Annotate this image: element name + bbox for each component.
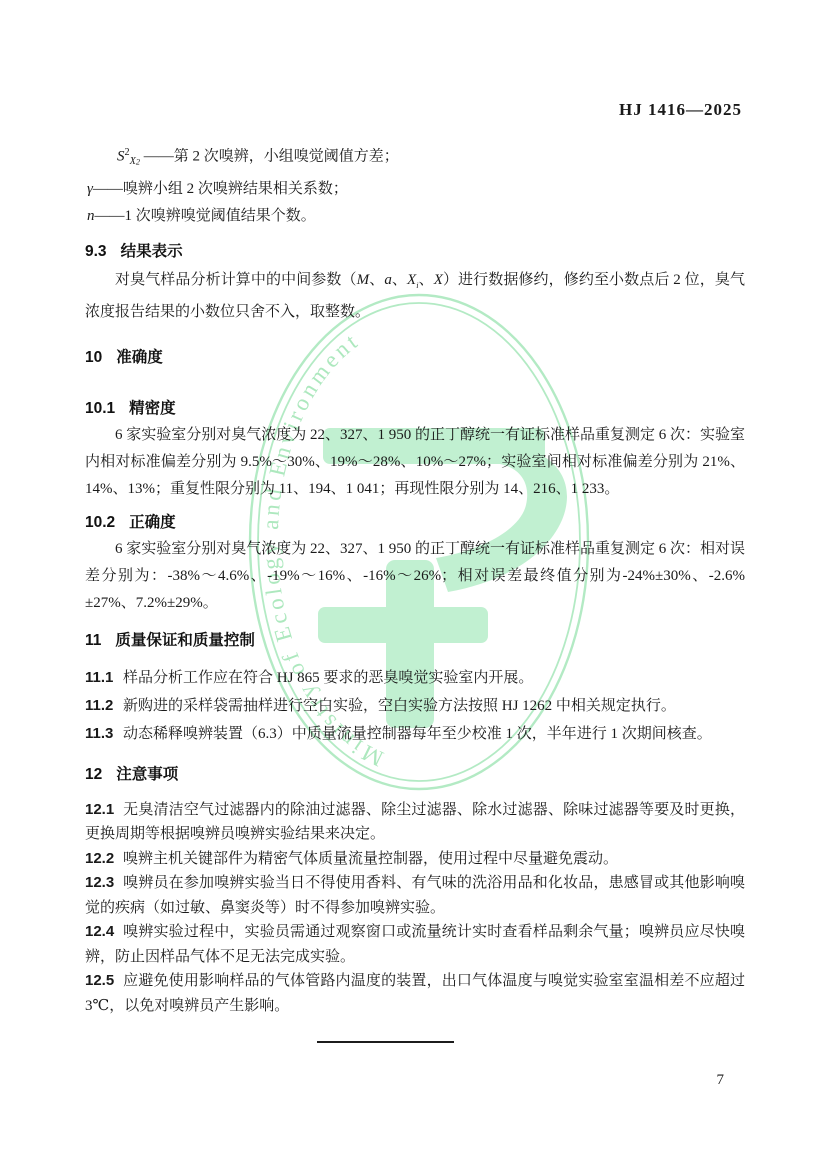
page-number: 7 bbox=[717, 1072, 725, 1089]
clause-number: 11.2 bbox=[85, 692, 123, 719]
clause-12-2: 12.2嗅辨主机关键部件为精密气体质量流量控制器，使用过程中尽量避免震动。 bbox=[85, 847, 745, 872]
clause-number: 12.4 bbox=[85, 920, 123, 945]
text-run: a bbox=[384, 272, 392, 288]
section-number: 10 bbox=[85, 349, 102, 366]
section-heading-10-1: 10.1精密度 bbox=[85, 395, 745, 422]
section-heading-12: 12注意事项 bbox=[85, 761, 745, 788]
paragraph-10-2: 6 家实验室分别对臭气浓度为 22、327、1 950 的正丁醇统一有证标准样品… bbox=[85, 536, 745, 617]
text-run: 对臭气样品分析计算中的中间参数（ bbox=[115, 272, 357, 288]
section-title: 质量保证和质量控制 bbox=[115, 632, 255, 649]
section-number: 12 bbox=[85, 766, 102, 783]
clause-text: 嗅辨实验过程中，实验员需通过观察窗口或流量统计实时查看样品剩余气量；嗅辨员应尽快… bbox=[85, 924, 745, 965]
section-title: 结果表示 bbox=[121, 243, 183, 260]
section-number: 10.1 bbox=[85, 400, 115, 417]
clause-text: 嗅辨员在参加嗅辨实验当日不得使用香料、有气味的洗浴用品和化妆品，患感冒或其他影响… bbox=[85, 875, 745, 916]
text-run: 、 bbox=[418, 272, 433, 288]
clause-text: 动态稀释嗅辨装置（6.3）中质量流量控制器每年至少校准 1 次，半年进行 1 次… bbox=[123, 726, 712, 742]
paragraph-10-1: 6 家实验室分别对臭气浓度为 22、327、1 950 的正丁醇统一有证标准样品… bbox=[85, 422, 745, 503]
text-run: 、 bbox=[369, 272, 384, 288]
clause-number: 12.1 bbox=[85, 798, 123, 823]
section-title: 准确度 bbox=[116, 349, 163, 366]
clause-text: 无臭清洁空气过滤器内的除油过滤器、除尘过滤器、除水过滤器、除味过滤器等要及时更换… bbox=[85, 802, 745, 843]
section-heading-9-3: 9.3结果表示 bbox=[85, 238, 745, 265]
section-heading-10: 10准确度 bbox=[85, 344, 745, 371]
clause-number: 12.5 bbox=[85, 969, 123, 994]
section-heading-10-2: 10.2正确度 bbox=[85, 509, 745, 536]
section-title: 注意事项 bbox=[116, 766, 178, 783]
clause-12-1: 12.1无臭清洁空气过滤器内的除油过滤器、除尘过滤器、除水过滤器、除味过滤器等要… bbox=[85, 798, 745, 847]
text-run: 、 bbox=[392, 272, 407, 288]
text-run: M bbox=[357, 272, 370, 288]
text-run: X bbox=[407, 272, 416, 288]
section-12-items: 12.1无臭清洁空气过滤器内的除油过滤器、除尘过滤器、除水过滤器、除味过滤器等要… bbox=[85, 798, 745, 1019]
document-body: S2X2 ——第 2 次嗅辨，小组嗅觉阈值方差； γ——嗅辨小组 2 次嗅辨结果… bbox=[85, 139, 745, 1018]
section-heading-11: 11质量保证和质量控制 bbox=[85, 627, 745, 654]
document-number-header: HJ 1416—2025 bbox=[619, 100, 742, 120]
section-number: 9.3 bbox=[85, 243, 107, 260]
section-title: 精密度 bbox=[129, 400, 176, 417]
clause-11-2: 11.2新购进的采样袋需抽样进行空白实验，空白实验方法按照 HJ 1262 中相… bbox=[85, 692, 745, 720]
text-run: X bbox=[434, 272, 443, 288]
clause-12-3: 12.3嗅辨员在参加嗅辨实验当日不得使用香料、有气味的洗浴用品和化妆品，患感冒或… bbox=[85, 871, 745, 920]
document-page: Ministry of Ecology and Environment HJ 1… bbox=[0, 0, 827, 1170]
clause-text: 新购进的采样袋需抽样进行空白实验，空白实验方法按照 HJ 1262 中相关规定执… bbox=[123, 698, 676, 714]
section-number: 11 bbox=[85, 632, 101, 649]
clause-number: 12.2 bbox=[85, 847, 123, 872]
clause-number: 12.3 bbox=[85, 871, 123, 896]
text-run: ——第 2 次嗅辨，小组嗅觉阈值方差； bbox=[140, 149, 399, 165]
symbol-definition: n——1 次嗅辨嗅觉阈值结果个数。 bbox=[87, 203, 745, 230]
text-run: ——嗅辨小组 2 次嗅辨结果相关系数； bbox=[93, 181, 348, 197]
clause-number: 11.3 bbox=[85, 720, 123, 747]
clause-text: 样品分析工作应在符合 HJ 865 要求的恶臭嗅觉实验室内开展。 bbox=[123, 670, 533, 686]
end-of-text-rule bbox=[317, 1041, 454, 1043]
paragraph-9-3: 对臭气样品分析计算中的中间参数（M、a、Xi、X）进行数据修约，修约至小数点后 … bbox=[85, 267, 745, 326]
clause-text: 应避免使用影响样品的气体管路内温度的装置，出口气体温度与嗅觉实验室室温相差不应超… bbox=[85, 973, 745, 1014]
section-number: 10.2 bbox=[85, 514, 115, 531]
section-title: 正确度 bbox=[129, 514, 176, 531]
clause-11-3: 11.3动态稀释嗅辨装置（6.3）中质量流量控制器每年至少校准 1 次，半年进行… bbox=[85, 720, 745, 748]
text-run: ——1 次嗅辨嗅觉阈值结果个数。 bbox=[95, 208, 316, 224]
text-run: n bbox=[87, 208, 95, 224]
symbol-definition: γ——嗅辨小组 2 次嗅辨结果相关系数； bbox=[87, 176, 745, 203]
text-run: 6 家实验室分别对臭气浓度为 22、327、1 950 的正丁醇统一有证标准样品… bbox=[85, 427, 745, 497]
clause-text: 嗅辨主机关键部件为精密气体质量流量控制器，使用过程中尽量避免震动。 bbox=[123, 851, 618, 867]
clause-number: 11.1 bbox=[85, 664, 123, 691]
text-run: S bbox=[117, 149, 125, 165]
clause-12-4: 12.4嗅辨实验过程中，实验员需通过观察窗口或流量统计实时查看样品剩余气量；嗅辨… bbox=[85, 920, 745, 969]
clause-12-5: 12.5应避免使用影响样品的气体管路内温度的装置，出口气体温度与嗅觉实验室室温相… bbox=[85, 969, 745, 1018]
clause-11-1: 11.1样品分析工作应在符合 HJ 865 要求的恶臭嗅觉实验室内开展。 bbox=[85, 664, 745, 692]
section-11-items: 11.1样品分析工作应在符合 HJ 865 要求的恶臭嗅觉实验室内开展。 11.… bbox=[85, 664, 745, 748]
symbol-definition: S2X2 ——第 2 次嗅辨，小组嗅觉阈值方差； bbox=[117, 139, 745, 176]
text-run: 6 家实验室分别对臭气浓度为 22、327、1 950 的正丁醇统一有证标准样品… bbox=[85, 541, 745, 611]
